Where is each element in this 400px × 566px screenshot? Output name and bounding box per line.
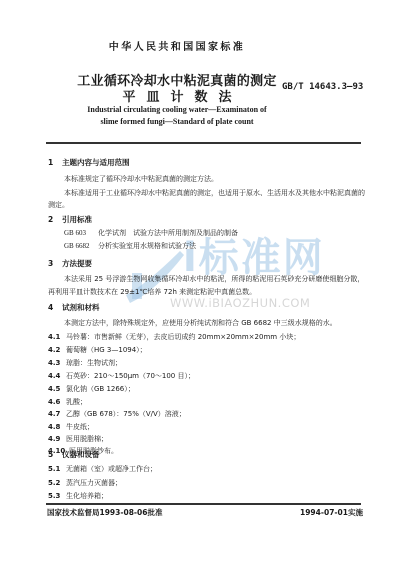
- list-item: 5.3生化培养箱；: [48, 491, 108, 501]
- reference-item: GB 6682分析实验室用水规格和试验方法: [64, 241, 196, 251]
- national-standard-header: 中华人民共和国国家标准: [0, 38, 354, 53]
- list-item: 4.9医用脱脂棉；: [48, 434, 108, 444]
- footer-divider: [46, 503, 361, 505]
- english-title-line2: slime formed fungi—Standard of plate cou…: [0, 117, 354, 126]
- list-item: 4.7乙醇（GB 678）：75%（V/V）溶液；: [48, 409, 186, 419]
- paragraph: 本测定方法中，除特殊规定外，应使用分析纯试剂和符合 GB 6682 中三级水规格…: [64, 318, 337, 328]
- header-divider: [46, 142, 361, 144]
- paragraph: 测定。: [48, 200, 69, 210]
- list-item: 4.5氯化钠（GB 1266）；: [48, 384, 135, 394]
- list-item: 4.4石英砂：210～150μm（70～100 目）；: [48, 371, 195, 381]
- list-item: 5.2蒸汽压力灭菌器；: [48, 478, 122, 488]
- reference-item: GB 603化学试剂 试验方法中所用制剂及制品的制备: [64, 228, 238, 238]
- section-heading-3: 3方法提要: [48, 258, 92, 269]
- paragraph: 本标准规定了循环冷却水中粘泥真菌的测定方法。: [64, 174, 218, 184]
- paragraph: 再利用平皿计数技术在 29±1℃培养 72h 来测定粘泥中真菌总数。: [48, 287, 256, 297]
- standard-code: GB/T 14643.3—93: [282, 82, 363, 92]
- section-heading-2: 2引用标准: [48, 214, 92, 225]
- effective-date: 1994-07-01实施: [300, 507, 363, 518]
- section-heading-4: 4试剂和材料: [48, 302, 100, 313]
- approval-date: 国家技术监督局1993-08-06批准: [47, 507, 162, 518]
- section-heading-5: 5仪器和设备: [48, 449, 100, 460]
- paragraph: 本标准适用于工业循环冷却水中粘泥真菌的测定，也适用于原水、生活用水及其他水中粘泥…: [64, 188, 365, 198]
- list-item: 4.1马铃薯：市售新鲜（无芽），去皮后切成约 20mm×20mm×20mm 小块…: [48, 332, 300, 342]
- english-title-line1: Industrial circulating cooling water—Exa…: [0, 105, 354, 114]
- list-item: 5.1无菌箱（室）或超净工作台；: [48, 464, 157, 474]
- list-item: 4.3琼脂：生物试剂；: [48, 358, 122, 368]
- section-heading-1: 1主题内容与适用范围: [48, 157, 130, 168]
- paragraph: 本法采用 25 号浮游生物网收集循环冷却水中的粘泥，所得的粘泥用石英砂充分研磨使…: [64, 274, 364, 284]
- list-item: 4.2葡萄糖（HG 3—1094）；: [48, 345, 147, 355]
- list-item: 4.6乳酸；: [48, 397, 87, 407]
- list-item: 4.8牛皮纸；: [48, 422, 94, 432]
